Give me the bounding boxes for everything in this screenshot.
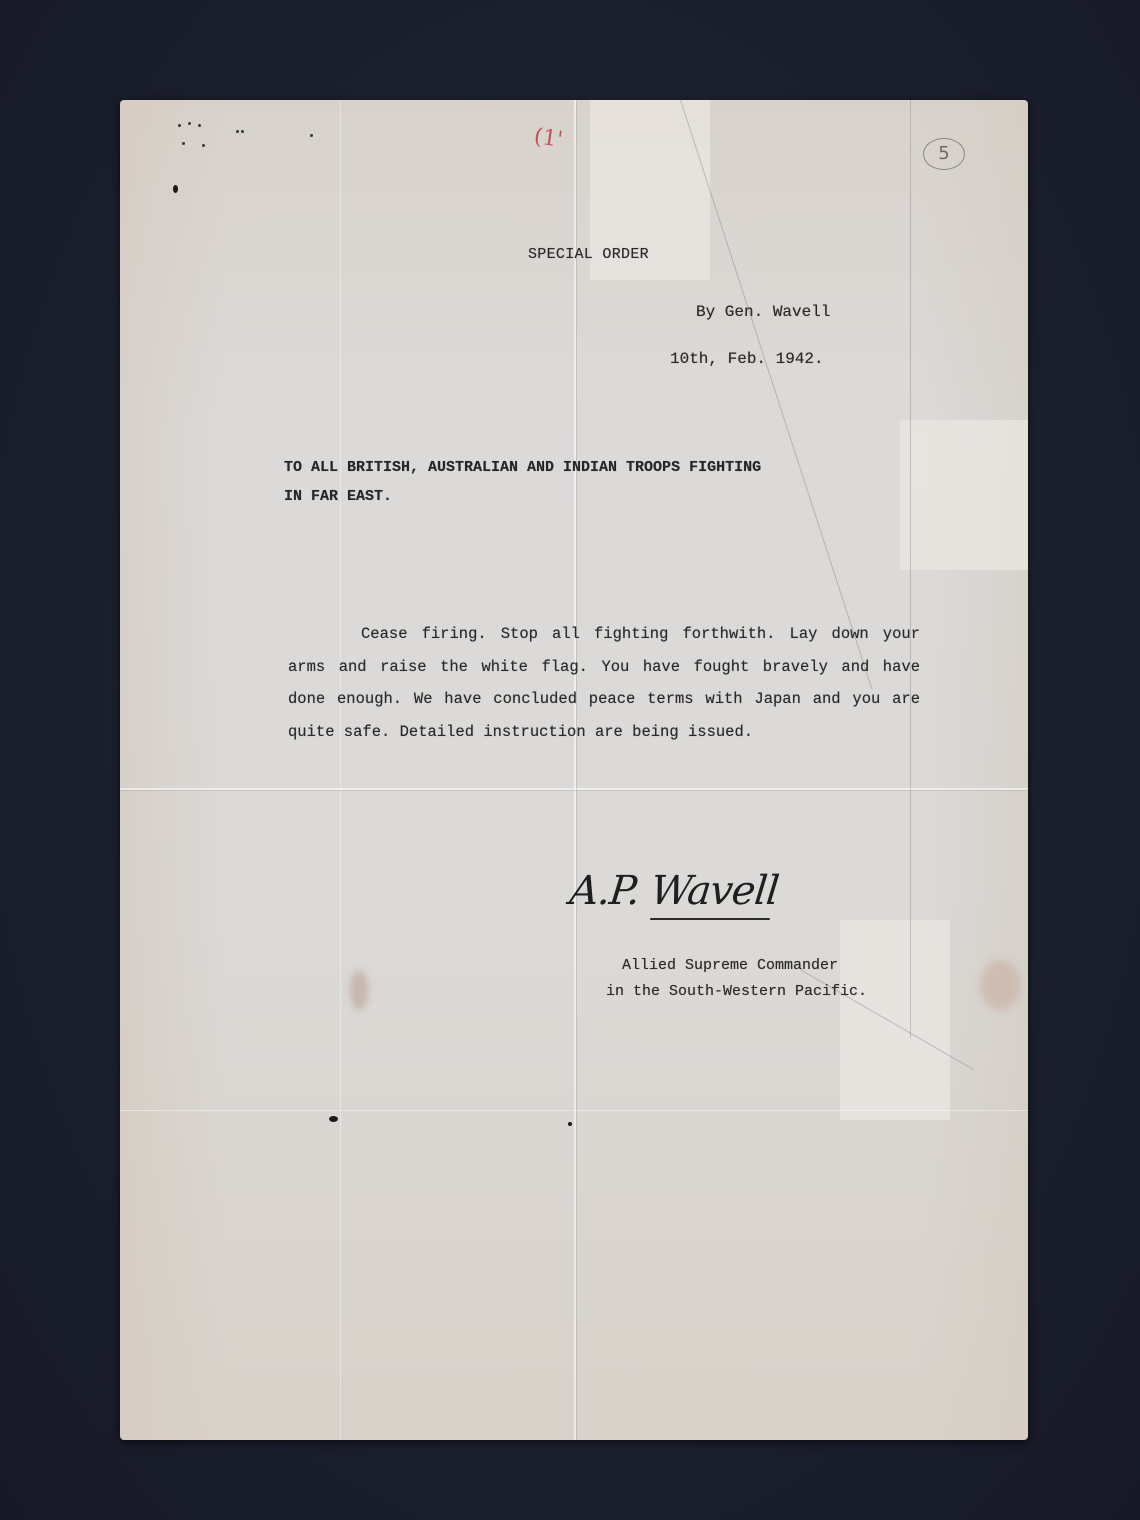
tape-patch: [900, 420, 1028, 570]
pin-hole: [182, 142, 185, 145]
byline: By Gen. Wavell: [696, 303, 830, 321]
stain: [350, 970, 368, 1010]
horizontal-fold-line: [120, 1110, 1028, 1111]
document-date: 10th, Feb. 1942.: [670, 350, 824, 368]
horizontal-fold-line: [120, 788, 1028, 790]
punch-hole: [568, 1122, 572, 1126]
vertical-fold-line: [574, 100, 576, 1440]
vertical-fold-line: [910, 100, 911, 1038]
order-body: Cease firing. Stop all fighting forthwit…: [288, 618, 920, 748]
punch-hole: [173, 185, 178, 193]
red-pencil-mark: (1': [532, 124, 564, 153]
document-sheet: (1' 5 SPECIAL ORDER By Gen. Wavell 10th,…: [120, 100, 1028, 1440]
punch-hole: [329, 1116, 338, 1122]
pin-hole: [241, 130, 244, 133]
circled-page-number: 5: [923, 138, 965, 170]
signature-flourish: [650, 918, 770, 920]
pin-hole: [236, 130, 239, 133]
diagonal-crease: [680, 100, 873, 690]
pin-hole: [198, 124, 201, 127]
vertical-fold-line: [340, 100, 341, 1440]
tape-patch: [840, 920, 950, 1120]
signatory-title-line: in the South-Western Pacific.: [606, 983, 867, 1000]
pin-hole: [310, 134, 313, 137]
pin-hole: [202, 144, 205, 147]
pin-hole: [188, 122, 191, 125]
stain: [980, 960, 1020, 1010]
handwritten-signature: A.P. Wavell: [568, 868, 781, 914]
document-title: SPECIAL ORDER: [528, 246, 649, 263]
address-line: TO ALL BRITISH, AUSTRALIAN AND INDIAN TR…: [284, 453, 761, 482]
address-block: TO ALL BRITISH, AUSTRALIAN AND INDIAN TR…: [284, 453, 761, 511]
pin-hole: [178, 124, 181, 127]
signatory-title-line: Allied Supreme Commander: [622, 957, 838, 974]
address-line: IN FAR EAST.: [284, 482, 761, 511]
